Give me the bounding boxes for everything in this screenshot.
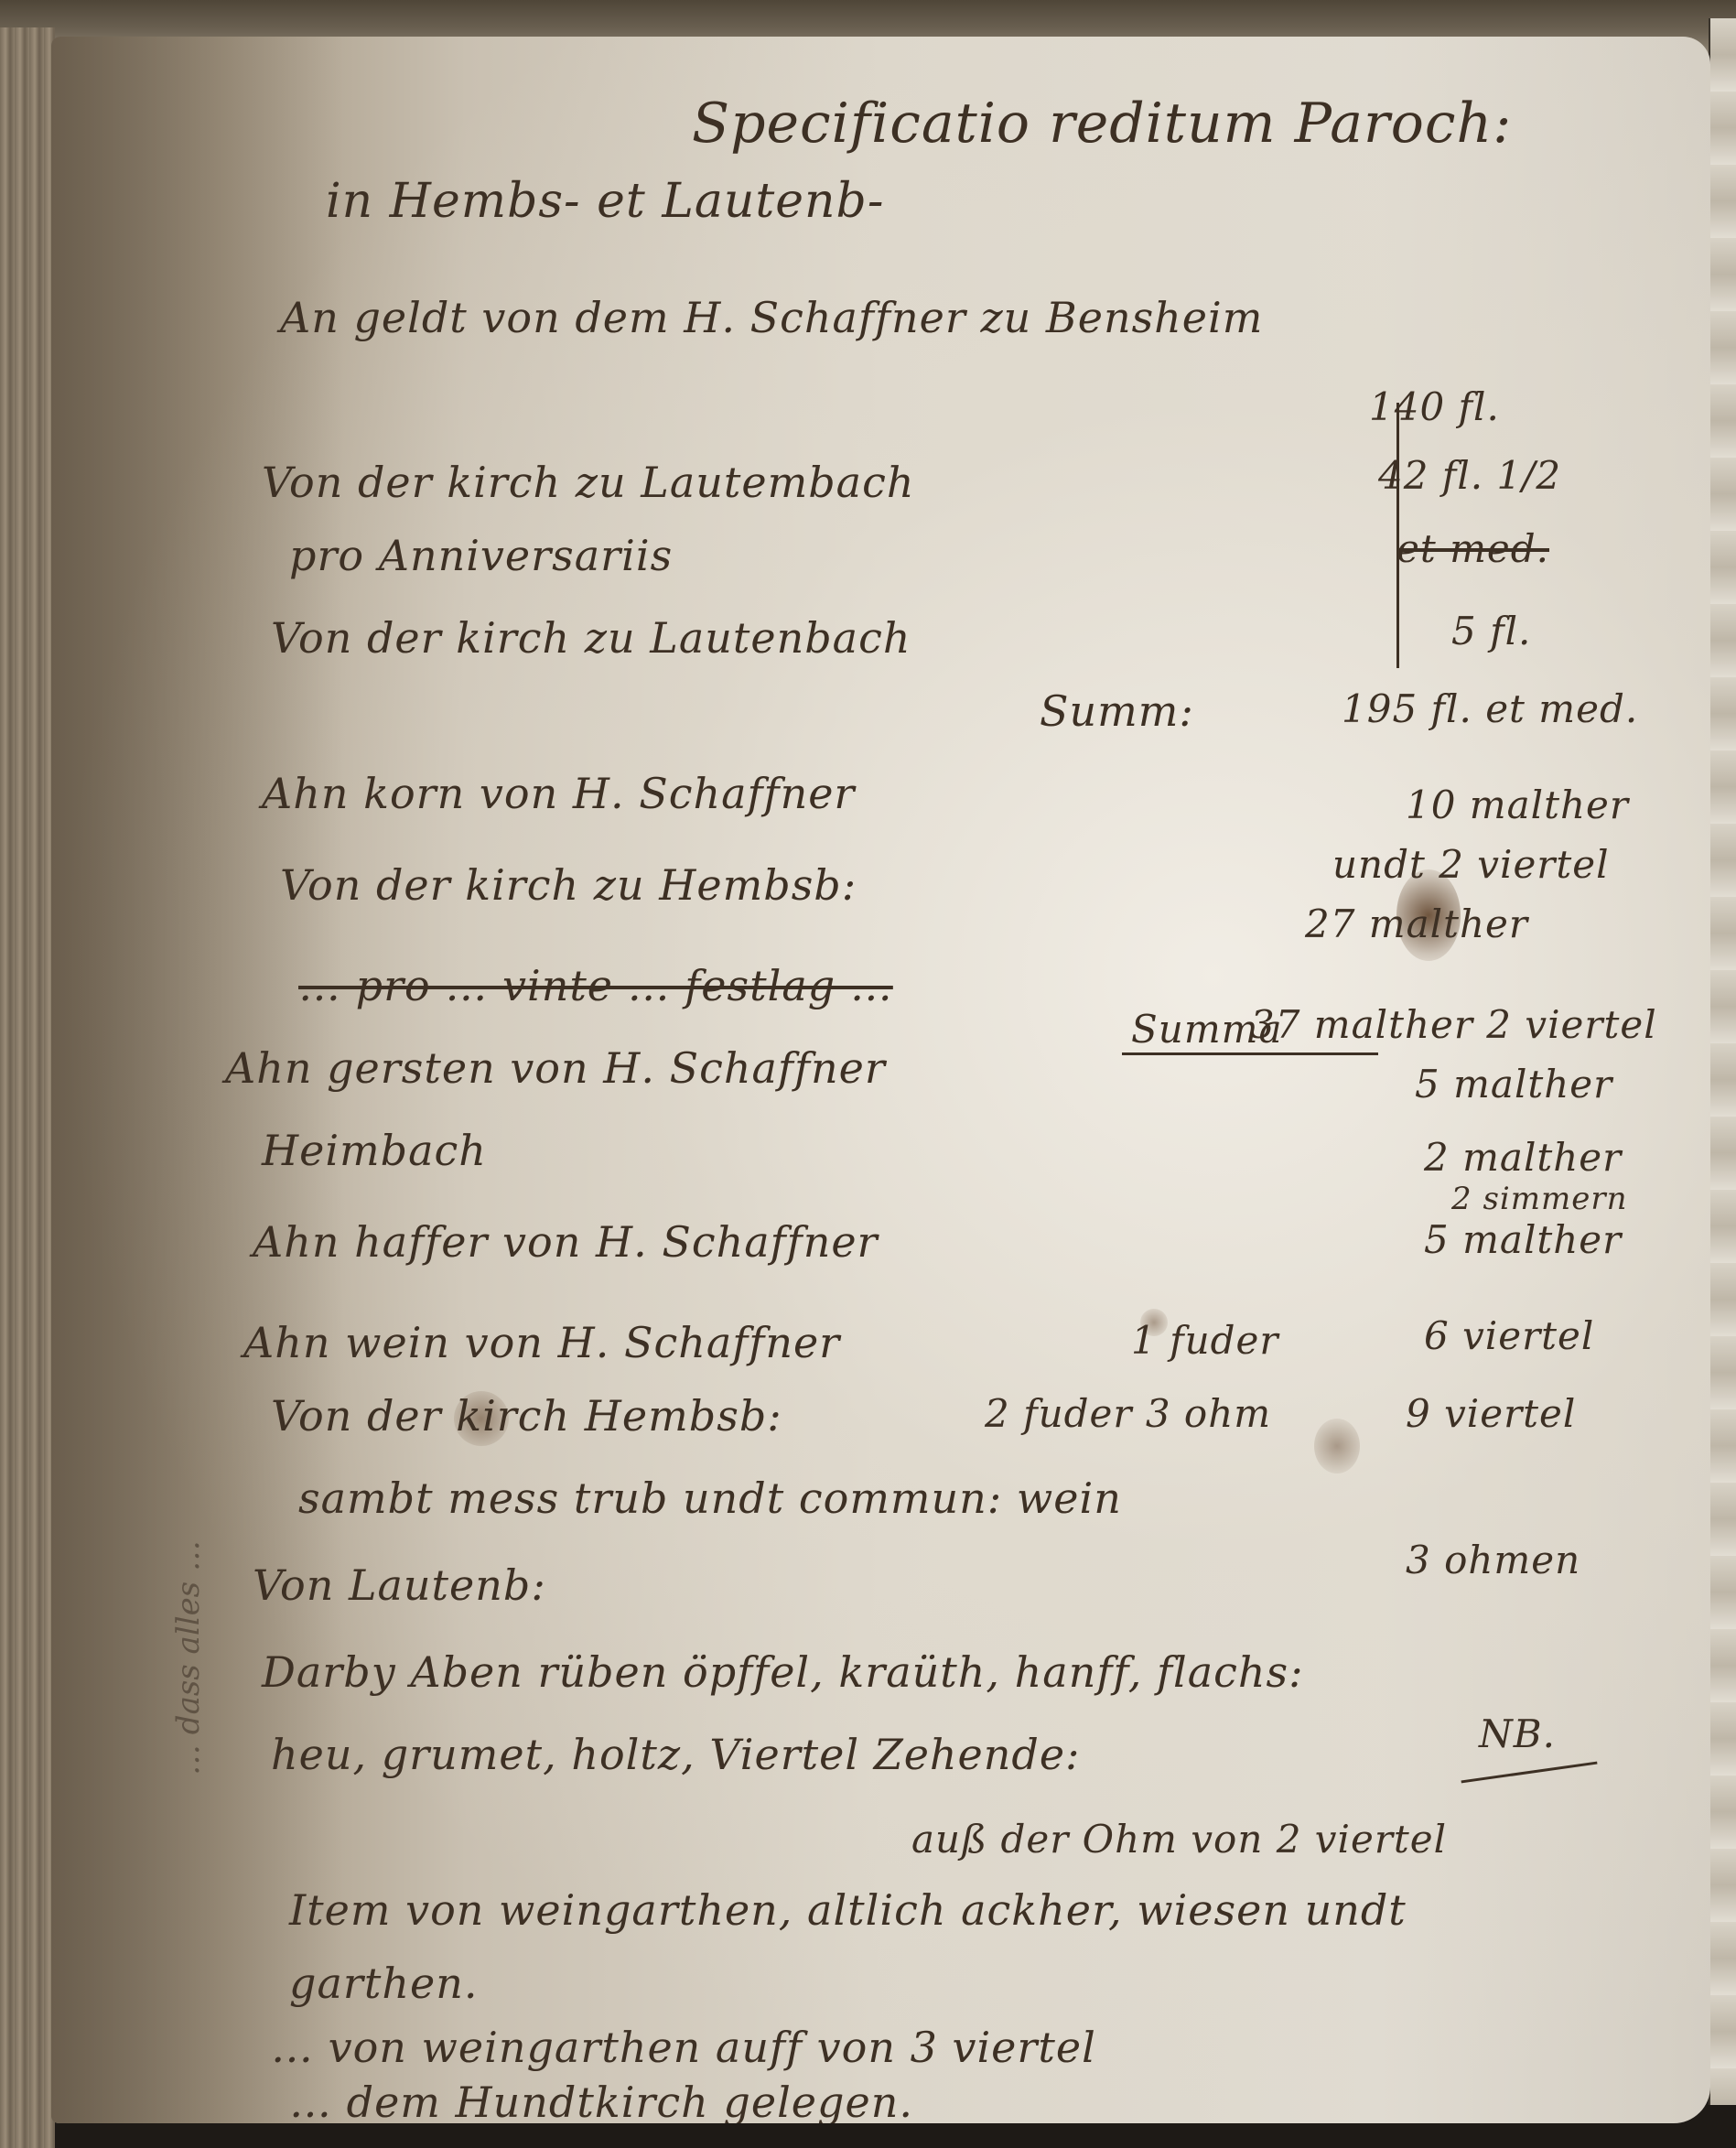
struck-line: … pro … vinte … festlag …: [298, 961, 893, 1010]
sum-amount: 37 malther 2 viertel: [1250, 1002, 1657, 1047]
entry-text: pro Anniversariis: [289, 531, 673, 580]
entry-text: Von Lautenb:: [253, 1560, 546, 1610]
sum-underline: [1122, 1052, 1378, 1055]
bracket: [1396, 403, 1399, 668]
entry-text: … von weingarthen auff von 3 viertel: [271, 2023, 1096, 2072]
entry-text: Von der kirch zu Lautembach: [262, 458, 914, 507]
entry-text: Ahn wein von H. Schaffner: [243, 1318, 840, 1367]
list-line: Darby Aben rüben öpffel, kraüth, hanff, …: [262, 1647, 1304, 1697]
entry-text: sambt mess trub undt commun: wein: [298, 1473, 1122, 1523]
entry-text: Von der kirch zu Hembsb:: [280, 860, 857, 910]
entry-amount: undt 2 viertel: [1332, 842, 1610, 887]
entry-text: Von der kirch Hembsb:: [271, 1391, 782, 1441]
entry-text: garthen.: [289, 1959, 478, 2008]
entry-amount: 5 fl.: [1451, 609, 1531, 653]
entry-amount: 140 fl.: [1369, 384, 1500, 429]
entry-amount: 5 malther: [1424, 1217, 1622, 1262]
entry-amount: 10 malther: [1406, 783, 1629, 827]
ink-blot: [1314, 1419, 1360, 1473]
entry-note-struck: et med.: [1396, 526, 1549, 571]
book-spine-gutter: [0, 27, 55, 2148]
entry-amount: 5 malther: [1415, 1062, 1612, 1106]
title-line-2: in Hembs- et Lautenb-: [326, 174, 884, 229]
entry-amount-mid: 1 fuder: [1131, 1318, 1279, 1363]
entry-amount: 27 malther: [1305, 901, 1528, 946]
list-line: heu, grumet, holtz, Viertel Zehende:: [271, 1730, 1081, 1779]
entry-note: auß der Ohm von 2 viertel: [911, 1817, 1447, 1862]
sum-label: Summ:: [1040, 686, 1194, 736]
page-edges-right: [1709, 18, 1736, 2105]
entry-amount: 6 viertel: [1424, 1313, 1594, 1358]
entry-text: … dem Hundtkirch gelegen.: [289, 2078, 913, 2123]
entry-text: Item von weingarthen, altlich ackher, wi…: [289, 1885, 1407, 1935]
entry-text: Ahn korn von H. Schaffner: [262, 769, 855, 818]
entry-amount: 42 fl. 1/2: [1378, 453, 1561, 498]
nota-bene: NB.: [1479, 1711, 1556, 1756]
margin-note-vertical: … dass alles …: [170, 1540, 207, 1776]
entry-amount: 9 viertel: [1406, 1391, 1576, 1436]
title-line-1: Specificatio reditum Paroch:: [692, 92, 1512, 156]
entry-text: Heimbach: [262, 1126, 487, 1175]
entry-amount: 2 simmern: [1451, 1181, 1628, 1217]
entry-amount-mid: 2 fuder 3 ohm: [985, 1391, 1271, 1436]
entry-text: Von der kirch zu Lautenbach: [271, 613, 911, 663]
sum-amount: 195 fl. et med.: [1342, 686, 1638, 731]
manuscript-page: … dass alles … Specificatio reditum Paro…: [51, 37, 1710, 2123]
entry-text: Ahn haffer von H. Schaffner: [253, 1217, 879, 1267]
entry-amount: 3 ohmen: [1406, 1538, 1580, 1582]
entry-amount: 2 malther: [1424, 1135, 1622, 1180]
entry-text: Ahn gersten von H. Schaffner: [225, 1043, 886, 1093]
entry-text: An geldt von dem H. Schaffner zu Benshei…: [280, 293, 1263, 342]
nb-underline: [1461, 1762, 1598, 1784]
